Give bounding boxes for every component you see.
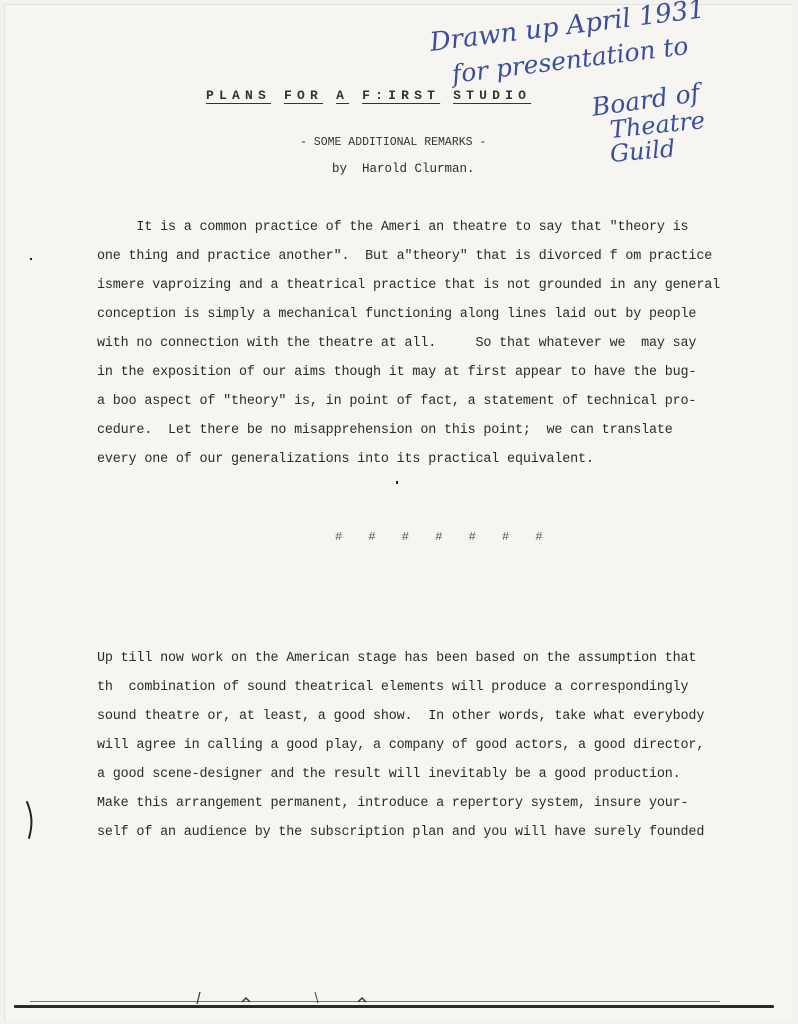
paragraph-1-line: It is a common practice of the Ameri an …	[97, 220, 688, 235]
title-word: PLANS	[206, 88, 271, 103]
author-byline: by Harold Clurman.	[332, 162, 475, 176]
paragraph-2-line: a good scene-designer and the result wil…	[97, 767, 681, 782]
document-subtitle: - SOME ADDITIONAL REMARKS -	[300, 136, 486, 149]
paragraph-2-line: sound theatre or, at least, a good show.…	[97, 709, 704, 724]
paragraph-1-line: with no connection with the theatre at a…	[97, 336, 696, 351]
paragraph-2-line: self of an audience by the subscription …	[97, 825, 704, 840]
paragraph-1-line: every one of our generalizations into it…	[97, 452, 594, 467]
bottom-rule-marks	[190, 988, 370, 1008]
title-word: STUDIO	[453, 88, 531, 103]
title-word: FOR	[284, 88, 323, 103]
paragraph-2-line: Up till now work on the American stage h…	[97, 651, 696, 666]
document-title: PLANS FOR A F:IRST STUDIO	[206, 88, 531, 103]
paragraph-1-line: ismere vaproizing and a theatrical pract…	[97, 278, 720, 293]
paragraph-2-line: will agree in calling a good play, a com…	[97, 738, 704, 753]
paragraph-1-line: in the exposition of our aims though it …	[97, 365, 696, 380]
paragraph-1-line: a boo aspect of "theory" is, in point of…	[97, 394, 696, 409]
bottom-rule-thin	[30, 1001, 720, 1002]
paragraph-1-line: conception is simply a mechanical functi…	[97, 307, 696, 322]
stray-dot	[396, 481, 398, 484]
stray-dot	[30, 258, 32, 260]
section-separator: # # # # # # #	[335, 530, 552, 544]
margin-bracket-mark	[24, 800, 38, 842]
title-word: F:IRST	[362, 88, 440, 103]
handwritten-note-line-5: Guild	[609, 136, 676, 166]
paragraph-2-line: Make this arrangement permanent, introdu…	[97, 796, 688, 811]
bottom-rule	[14, 1005, 774, 1008]
title-word: A	[336, 88, 349, 103]
paragraph-2-line: th combination of sound theatrical eleme…	[97, 680, 688, 695]
paragraph-1-line: cedure. Let there be no misapprehension …	[97, 423, 673, 438]
paragraph-1-line: one thing and practice another". But a"t…	[97, 249, 712, 264]
